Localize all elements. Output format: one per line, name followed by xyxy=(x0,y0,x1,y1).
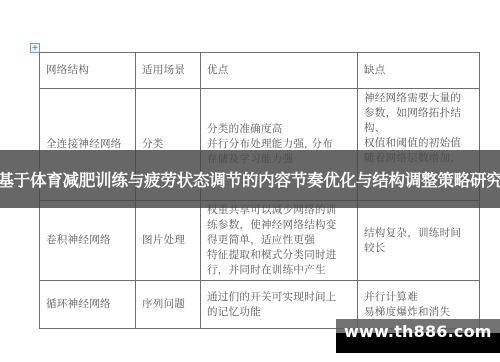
cons-line: 构、 xyxy=(364,121,473,136)
pros-line: 得更简单，适应性更强 xyxy=(207,233,351,248)
pros-line: 通过们的开关可实现时间上 xyxy=(207,290,351,305)
table-row: 卷积神经网络 图片处理 权重共享可以减少网络的训 练参数，使神经网络结构变 得更… xyxy=(40,201,480,281)
cell-cons: 结构复杂，训练时间 较长 xyxy=(358,201,480,281)
cons-line: 权值和阈值的初始值 xyxy=(364,136,473,151)
cons-line: 参数，如网络拓扑结 xyxy=(364,106,473,121)
cell-scenario: 图片处理 xyxy=(136,201,201,281)
pros-line: 行，并同时在训练中产生 xyxy=(207,263,351,278)
cons-line: 易梯度爆炸和消失 xyxy=(364,305,473,320)
cell-scenario: 序列问题 xyxy=(136,281,201,329)
pros-line: 练参数，使神经网络结构变 xyxy=(207,218,351,233)
header-cons: 缺点 xyxy=(358,53,480,89)
table-header-row: 网络结构 适用场景 优点 缺点 xyxy=(40,53,480,89)
cons-line: 较长 xyxy=(364,241,473,256)
cell-pros: 权重共享可以减少网络的训 练参数，使神经网络结构变 得更简单，适应性更强 特征提… xyxy=(201,201,358,281)
cons-line: 神经网络需要大量的 xyxy=(364,91,473,106)
cell-pros: 通过们的开关可实现时间上 的记忆功能 xyxy=(201,281,358,329)
cell-structure: 循环神经网络 xyxy=(40,281,136,329)
pros-line: 的记忆功能 xyxy=(207,305,351,320)
pros-line: 特征提取和模式分类同时进 xyxy=(207,248,351,263)
banner-title: 基于体育减肥训练与疲劳状态调节的内容节奏优化与结构调整策略研究 xyxy=(0,167,500,191)
pros-line: 分类的准确度高 xyxy=(207,122,351,137)
cons-line: 并行计算难 xyxy=(364,290,473,305)
header-pros: 优点 xyxy=(201,53,358,89)
title-banner: 基于体育减肥训练与疲劳状态调节的内容节奏优化与结构调整策略研究 xyxy=(0,150,500,208)
cell-structure: 卷积神经网络 xyxy=(40,201,136,281)
header-structure: 网络结构 xyxy=(40,53,136,89)
watermark-text: www.th886.com xyxy=(344,322,492,341)
header-scenario: 适用场景 xyxy=(136,53,201,89)
cons-line: 结构复杂，训练时间 xyxy=(364,226,473,241)
